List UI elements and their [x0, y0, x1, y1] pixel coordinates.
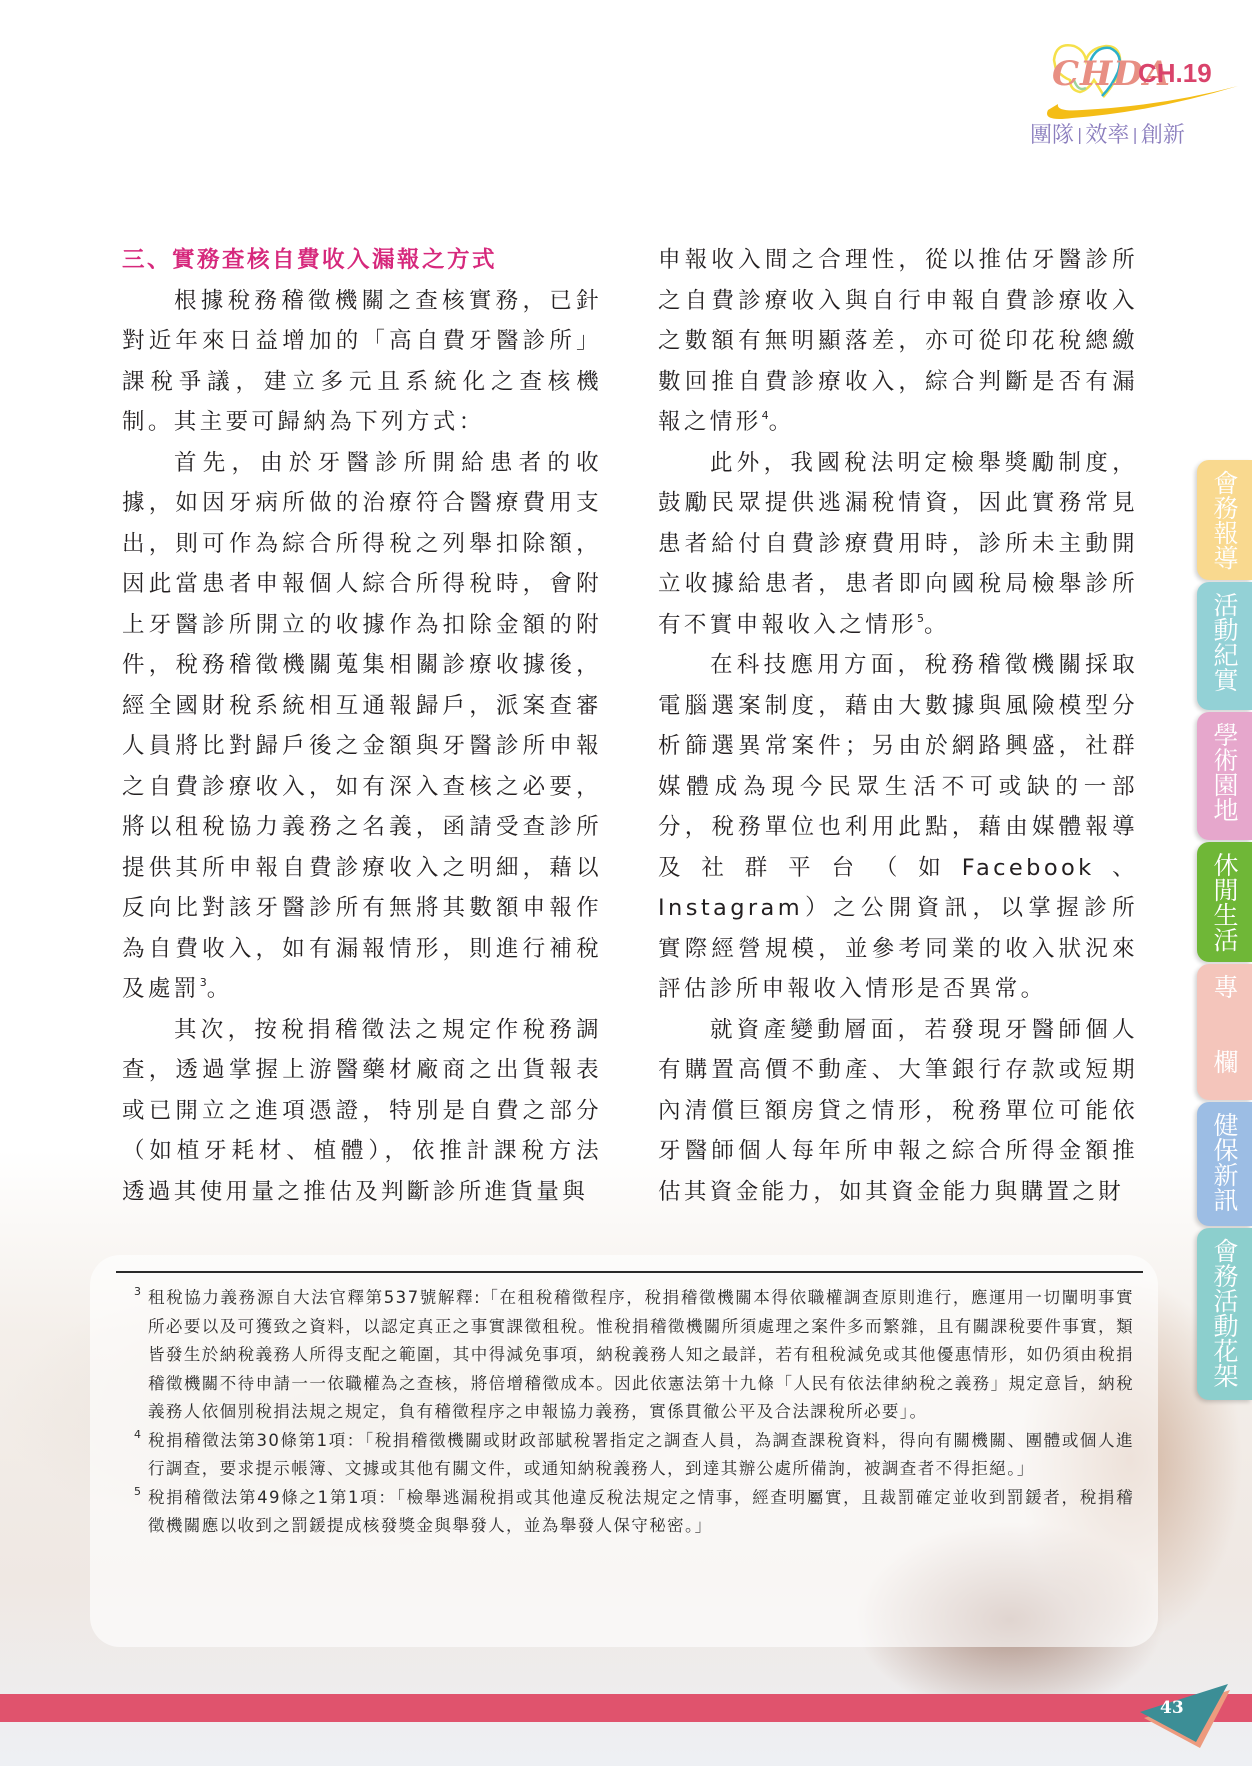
footnote-ref[interactable]: 4	[762, 409, 769, 422]
tab-academic[interactable]: 學術園地	[1197, 712, 1252, 840]
page-number: 43	[1160, 1698, 1184, 1718]
paragraph: 就資產變動層面，若發現牙醫師個人有購置高價不動產、大筆銀行存款或短期內清償巨額房…	[658, 1010, 1138, 1213]
slogan-separator: |	[1132, 125, 1137, 144]
article-left-column: 三、實務查核自費收入漏報之方式 根據稅務稽徵機關之查核實務，已針對近年來日益增加…	[122, 240, 602, 1212]
footer-bar	[0, 1694, 1252, 1722]
tab-association-news[interactable]: 會務報導	[1197, 460, 1252, 580]
paragraph: 此外，我國稅法明定檢舉獎勵制度，鼓勵民眾提供逃漏稅情資，因此實務常見患者給付自費…	[658, 443, 1138, 646]
footnote-ref[interactable]: 5	[917, 612, 924, 625]
section-tabs: 會務報導 活動紀實 學術園地 休閒生活 專 欄 健保新訊 會務活動花架	[1197, 460, 1252, 1402]
paragraph: 根據稅務稽徵機關之查核實務，已針對近年來日益增加的「高自費牙醫診所」課稅爭議，建…	[122, 281, 602, 443]
paragraph: 首先，由於牙醫診所開給患者的收據，如因牙病所做的治療符合醫療費用支出，則可作為綜…	[122, 443, 602, 1010]
tab-leisure[interactable]: 休閒生活	[1197, 842, 1252, 962]
chda-logo: CHDA CH.19 團隊|效率|創新	[1030, 40, 1240, 150]
footnote-number: 5	[134, 1478, 142, 1507]
paragraph: 其次，按稅捐稽徵法之規定作稅務調查，透過掌握上游醫藥材廠商之出貨報表或已開立之進…	[122, 1010, 602, 1213]
footnote-5: 5稅捐稽徵法第49條之1第1項：「檢舉逃漏稅捐或其他違反稅法規定之情事，經查明屬…	[134, 1484, 1134, 1541]
footnote-3: 3租稅協力義務源自大法官釋第537號解釋:「在租稅稽徵程序，稅捐稽徵機關本得依職…	[134, 1284, 1134, 1427]
footnote-divider	[116, 1271, 1143, 1273]
slogan-word: 團隊	[1030, 123, 1074, 148]
footnote-number: 4	[134, 1421, 142, 1450]
tab-activity-gallery[interactable]: 會務活動花架	[1197, 1228, 1252, 1400]
slogan-word: 效率	[1085, 123, 1129, 148]
page-badge-triangle-icon	[1130, 1676, 1240, 1756]
tab-event-records[interactable]: 活動紀實	[1197, 582, 1252, 710]
tab-column[interactable]: 專 欄	[1197, 964, 1252, 1100]
swoosh-icon	[1042, 82, 1238, 122]
footnote-number: 3	[134, 1278, 142, 1307]
paragraph: 在科技應用方面，稅務稽徵機關採取電腦選案制度，藉由大數據與風險模型分析篩選異常案…	[658, 645, 1138, 1010]
footnotes: 3租稅協力義務源自大法官釋第537號解釋:「在租稅稽徵程序，稅捐稽徵機關本得依職…	[134, 1284, 1134, 1541]
tab-nhi-news[interactable]: 健保新訊	[1197, 1102, 1252, 1226]
logo-slogan: 團隊|效率|創新	[1030, 118, 1185, 149]
slogan-word: 創新	[1141, 123, 1185, 148]
footnote-4: 4稅捐稽徵法第30條第1項：「稅捐稽徵機關或財政部賦稅署指定之調查人員，為調查課…	[134, 1427, 1134, 1484]
paragraph: 申報收入間之合理性，從以推估牙醫診所之自費診療收入與自行申報自費診療收入之數額有…	[658, 240, 1138, 443]
footnote-ref[interactable]: 3	[200, 976, 207, 989]
slogan-separator: |	[1077, 125, 1082, 144]
article-right-column: 申報收入間之合理性，從以推估牙醫診所之自費診療收入與自行申報自費診療收入之數額有…	[658, 240, 1138, 1212]
section-heading: 三、實務查核自費收入漏報之方式	[122, 240, 602, 281]
